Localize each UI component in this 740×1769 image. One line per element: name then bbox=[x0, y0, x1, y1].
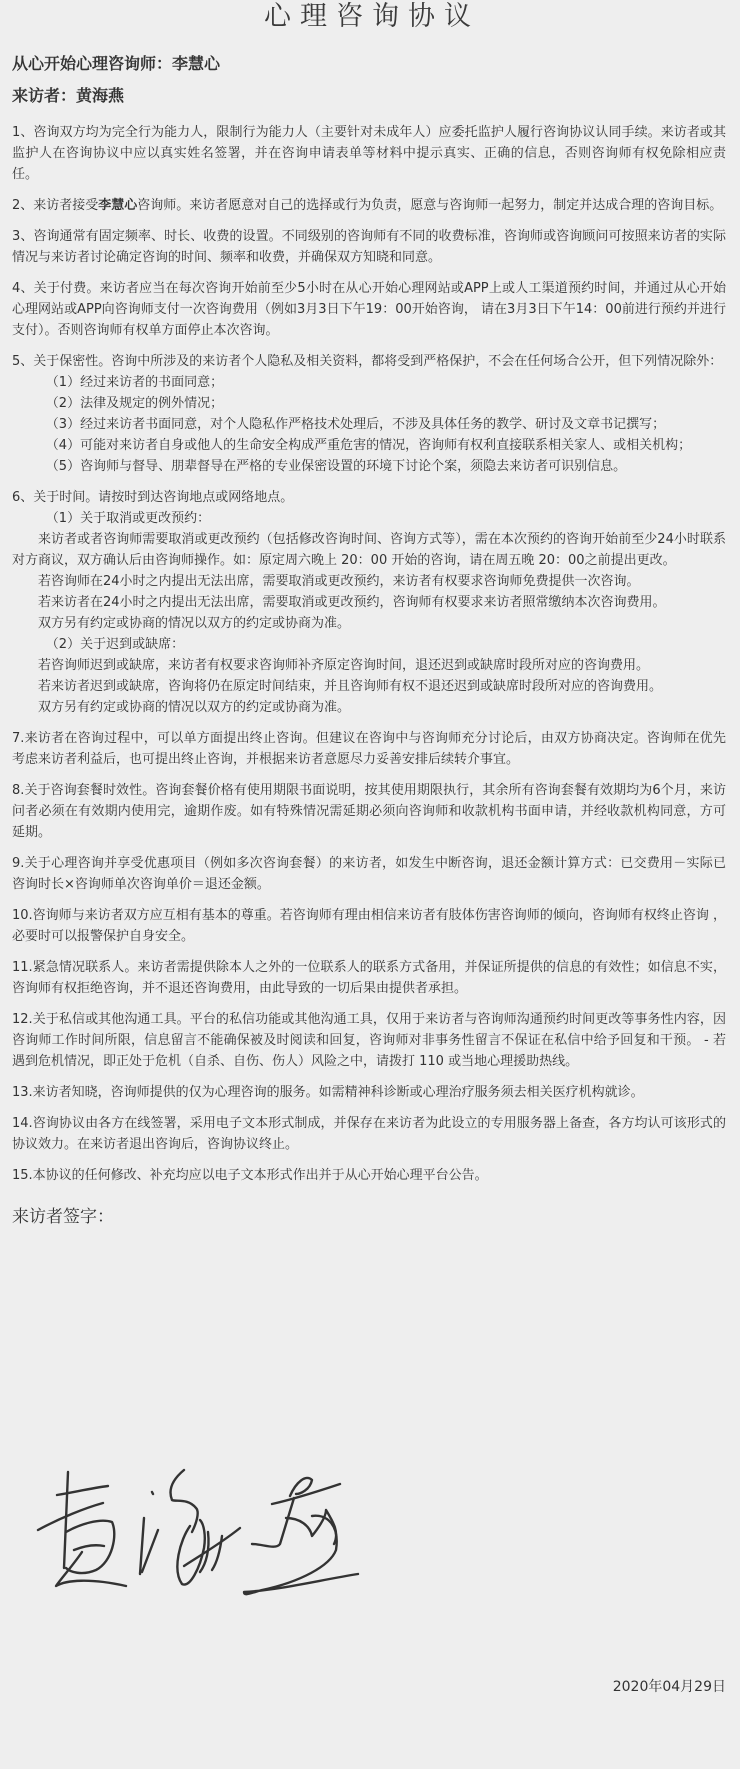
clause-text: 11.紧急情况联系人。来访者需提供除本人之外的一位联系人的联系方式备用，并保证所… bbox=[12, 957, 726, 999]
clause-13: 13.来访者知晓，咨询师提供的仅为心理咨询的服务。如需精神科诊断或心理治疗服务须… bbox=[12, 1082, 726, 1103]
section-heading: （2）关于迟到或缺席： bbox=[12, 634, 726, 655]
clause-text-prefix: 2、来访者接受 bbox=[12, 198, 98, 213]
client-label: 来访者： bbox=[12, 86, 76, 105]
counselor-name-highlight: 李慧心 bbox=[98, 198, 137, 213]
clause-text: 2、来访者接受李慧心咨询师。来访者愿意对自己的选择或行为负责，愿意与咨询师一起努… bbox=[12, 195, 726, 216]
clause-text: 6、关于时间。请按时到达咨询地点或网络地点。 bbox=[12, 487, 726, 508]
section-para: 若来访者在24小时之内提出无法出席，需要取消或更改预约，咨询师有权要求来访者照常… bbox=[12, 592, 726, 613]
clause-text: 14.咨询协议由各方在线签署，采用电子文本形式制成，并保存在来访者为此设立的专用… bbox=[12, 1113, 726, 1155]
signature-label: 来访者签字： bbox=[12, 1202, 726, 1232]
section-para: 来访者或者咨询师需要取消或更改预约（包括修改咨询时间、咨询方式等），需在本次预约… bbox=[12, 529, 726, 571]
clause-text-suffix: 咨询师。来访者愿意对自己的选择或行为负责，愿意与咨询师一起努力，制定并达成合理的… bbox=[137, 198, 722, 213]
clause-10: 10.咨询师与来访者双方应互相有基本的尊重。若咨询师有理由相信来访者有肢体伤害咨… bbox=[12, 905, 726, 947]
agreement-document: 心理咨询协议 从心开始心理咨询师：李慧心 来访者：黄海燕 1、咨询双方均为完全行… bbox=[12, 0, 726, 1232]
clause-text: 8.关于咨询套餐时效性。咨询套餐价格有使用期限书面说明，按其使用期限执行，其余所… bbox=[12, 780, 726, 843]
section-para: 双方另有约定或协商的情况以双方的约定或协商为准。 bbox=[12, 613, 726, 634]
sub-item: （5）咨询师与督导、朋辈督导在严格的专业保密设置的环境下讨论个案，须隐去来访者可… bbox=[12, 456, 726, 477]
section-para: 若咨询师在24小时之内提出无法出席，需要取消或更改预约，来访者有权要求咨询师免费… bbox=[12, 571, 726, 592]
clause-4: 4、关于付费。来访者应当在每次咨询开始前至少5小时在从心开始心理网站或APP上或… bbox=[12, 278, 726, 341]
clause-text: 15.本协议的任何修改、补充均应以电子文本形式作出并于从心开始心理平台公告。 bbox=[12, 1165, 726, 1186]
clause-5: 5、关于保密性。咨询中所涉及的来访者个人隐私及相关资料，都将受到严格保护，不会在… bbox=[12, 351, 726, 477]
signature-image bbox=[0, 1440, 400, 1620]
section-heading: （1）关于取消或更改预约： bbox=[12, 508, 726, 529]
clause-2: 2、来访者接受李慧心咨询师。来访者愿意对自己的选择或行为负责，愿意与咨询师一起努… bbox=[12, 195, 726, 216]
clause-text: 13.来访者知晓，咨询师提供的仅为心理咨询的服务。如需精神科诊断或心理治疗服务须… bbox=[12, 1082, 726, 1103]
section-para: 若来访者迟到或缺席，咨询将仍在原定时间结束，并且咨询师有权不退还迟到或缺席时段所… bbox=[12, 676, 726, 697]
clause-text: 9.关于心理咨询并享受优惠项目（例如多次咨询套餐）的来访者，如发生中断咨询，退还… bbox=[12, 853, 726, 895]
clause-list: 1、咨询双方均为完全行为能力人，限制行为能力人（主要针对未成年人）应委托监护人履… bbox=[12, 122, 726, 1186]
counselor-label: 从心开始心理咨询师： bbox=[12, 54, 172, 73]
clause-15: 15.本协议的任何修改、补充均应以电子文本形式作出并于从心开始心理平台公告。 bbox=[12, 1165, 726, 1186]
clause-text: 5、关于保密性。咨询中所涉及的来访者个人隐私及相关资料，都将受到严格保护，不会在… bbox=[12, 351, 726, 372]
clause-7: 7.来访者在咨询过程中，可以单方面提出终止咨询。但建议在咨询中与咨询师充分讨论后… bbox=[12, 728, 726, 770]
clause-text: 10.咨询师与来访者双方应互相有基本的尊重。若咨询师有理由相信来访者有肢体伤害咨… bbox=[12, 905, 726, 947]
clause-text: 12.关于私信或其他沟通工具。平台的私信功能或其他沟通工具，仅用于来访者与咨询师… bbox=[12, 1009, 726, 1072]
clause-text: 7.来访者在咨询过程中，可以单方面提出终止咨询。但建议在咨询中与咨询师充分讨论后… bbox=[12, 728, 726, 770]
clause-text: 1、咨询双方均为完全行为能力人，限制行为能力人（主要针对未成年人）应委托监护人履… bbox=[12, 122, 726, 185]
clause-text: 4、关于付费。来访者应当在每次咨询开始前至少5小时在从心开始心理网站或APP上或… bbox=[12, 278, 726, 341]
counselor-name: 李慧心 bbox=[172, 54, 220, 73]
page-title: 心理咨询协议 bbox=[12, 0, 726, 40]
sub-item: （1）经过来访者的书面同意； bbox=[12, 372, 726, 393]
client-name: 黄海燕 bbox=[76, 86, 124, 105]
clause-8: 8.关于咨询套餐时效性。咨询套餐价格有使用期限书面说明，按其使用期限执行，其余所… bbox=[12, 780, 726, 843]
section-para: 若咨询师迟到或缺席，来访者有权要求咨询师补齐原定咨询时间，退还迟到或缺席时段所对… bbox=[12, 655, 726, 676]
clause-3: 3、咨询通常有固定频率、时长、收费的设置。不同级别的咨询师有不同的收费标准，咨询… bbox=[12, 226, 726, 268]
clause-11: 11.紧急情况联系人。来访者需提供除本人之外的一位联系人的联系方式备用，并保证所… bbox=[12, 957, 726, 999]
section-para: 双方另有约定或协商的情况以双方的约定或协商为准。 bbox=[12, 697, 726, 718]
clause-9: 9.关于心理咨询并享受优惠项目（例如多次咨询套餐）的来访者，如发生中断咨询，退还… bbox=[12, 853, 726, 895]
signature-date: 2020年04月29日 bbox=[613, 1676, 726, 1696]
clause-1: 1、咨询双方均为完全行为能力人，限制行为能力人（主要针对未成年人）应委托监护人履… bbox=[12, 122, 726, 185]
sub-item: （3）经过来访者书面同意，对个人隐私作严格技术处理后，不涉及具体任务的教学、研讨… bbox=[12, 414, 726, 435]
clause-6: 6、关于时间。请按时到达咨询地点或网络地点。 （1）关于取消或更改预约： 来访者… bbox=[12, 487, 726, 718]
sub-item: （2）法律及规定的例外情况； bbox=[12, 393, 726, 414]
sub-item: （4）可能对来访者自身或他人的生命安全构成严重危害的情况，咨询师有权利直接联系相… bbox=[12, 435, 726, 456]
clause-14: 14.咨询协议由各方在线签署，采用电子文本形式制成，并保存在来访者为此设立的专用… bbox=[12, 1113, 726, 1155]
counselor-line: 从心开始心理咨询师：李慧心 bbox=[12, 48, 726, 80]
clause-12: 12.关于私信或其他沟通工具。平台的私信功能或其他沟通工具，仅用于来访者与咨询师… bbox=[12, 1009, 726, 1072]
client-line: 来访者：黄海燕 bbox=[12, 80, 726, 112]
clause-text: 3、咨询通常有固定频率、时长、收费的设置。不同级别的咨询师有不同的收费标准，咨询… bbox=[12, 226, 726, 268]
